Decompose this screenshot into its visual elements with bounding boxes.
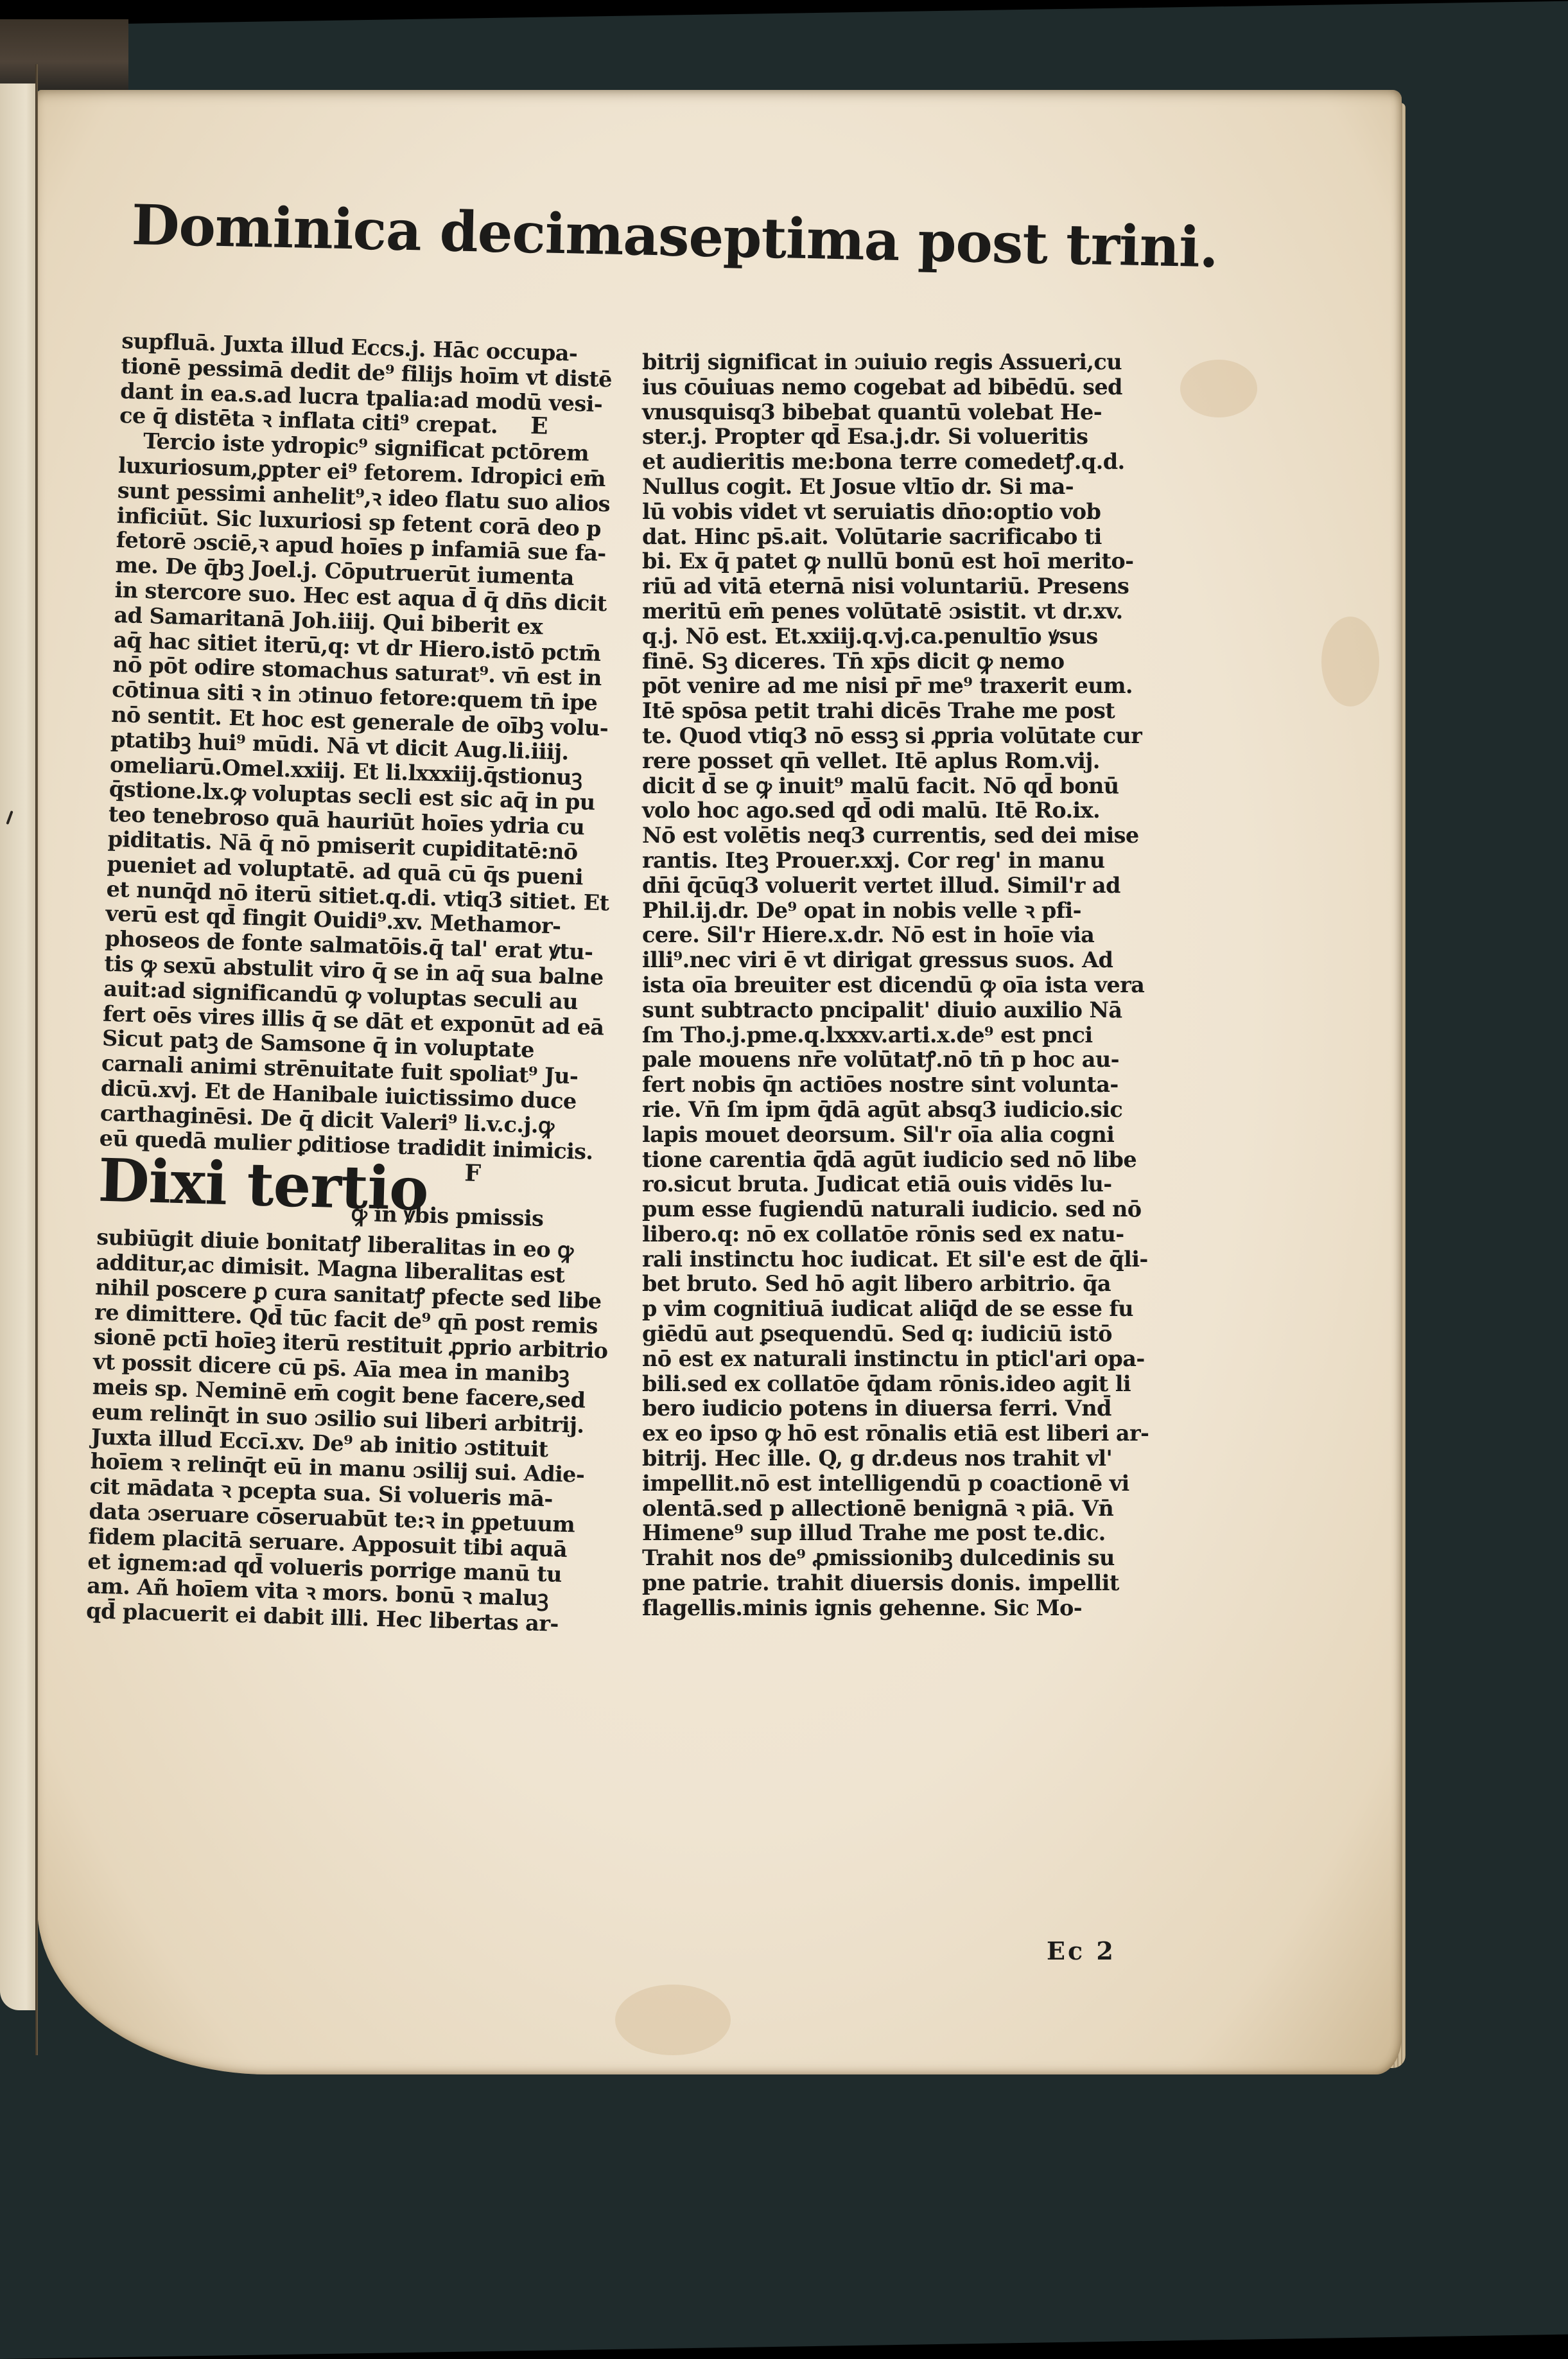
previous-page-edge xyxy=(0,83,37,2010)
binding-shadow xyxy=(0,19,128,90)
section-letter-marker: F xyxy=(464,1161,481,1186)
text-line: dn̄i q̄cūq3 voluerit vertet illud. Simil… xyxy=(642,873,1149,899)
text-line: nō est ex naturali instinctu in pticl'ar… xyxy=(642,1347,1149,1372)
text-line: Trahit nos de⁹ ꝓmissionibꝫ dulcedinis su xyxy=(642,1546,1149,1571)
foxing-stain xyxy=(1321,617,1379,706)
gutter-fold xyxy=(35,64,38,2055)
text-line: illi⁹.nec viri ē vt dirigat gressus suos… xyxy=(642,948,1149,973)
text-line: te. Quod vtiq3 nō essꝫ si ꝓpria volūtate… xyxy=(642,724,1149,749)
text-line: vnusquisq3 bibebat quantū volebat He- xyxy=(642,400,1149,425)
text-line: bet bruto. Sed hō agit libero arbitrio. … xyxy=(642,1272,1149,1297)
section-heading: Dixi tertio F ꝙ in ꝟbis pmissis xyxy=(97,1151,577,1239)
foxing-stain xyxy=(1180,360,1257,417)
text-line: sunt subtracto pncipalit' diuio auxilio … xyxy=(642,998,1149,1023)
text-line: bitrij. Hec ille. Q, g dr.deus nos trahi… xyxy=(642,1446,1149,1471)
left-column: supfluā. Juxta illud Eccs.j. Hāc occupa-… xyxy=(86,329,600,1637)
text-line: rali instinctu hoc iudicat. Et sil'e est… xyxy=(642,1247,1149,1272)
right-column: bitrij significat in ɔuiuio regis Assuer… xyxy=(642,350,1149,1621)
text-line: Nō est volētis neq3 currentis, sed dei m… xyxy=(642,823,1149,848)
text-line: impellit.nō est intelligendū p coactionē… xyxy=(642,1471,1149,1496)
text-line: Himene⁹ sup illud Trahe me post te.dic. xyxy=(642,1521,1149,1546)
text-line: pōt venire ad me nisi pr̄ me⁹ traxerit e… xyxy=(642,674,1149,699)
text-line: bili.sed ex collatōe q̄dam rōnis.ideo ag… xyxy=(642,1372,1149,1397)
text-line: fert nobis q̄n actiōes nostre sint volun… xyxy=(642,1073,1149,1098)
text-line: lū vobis videt vt seruiatis dn̄o:optio v… xyxy=(642,500,1149,525)
text-line: ſm Tho.j.pme.q.lxxxv.arti.x.de⁹ est pnci xyxy=(642,1023,1149,1048)
text-line: ius cōuiuas nemo cogebat ad bibēdū. sed xyxy=(642,375,1149,400)
text-line: giēdū aut ꝑsequendū. Sed q: iudiciū istō xyxy=(642,1322,1149,1347)
text-line: dicit d̄ se ꝙ inuit⁹ malū facit. Nō qd̄ … xyxy=(642,774,1149,799)
text-line: libero.q: nō ex collatōe rōnis sed ex na… xyxy=(642,1222,1149,1247)
text-line: rantis. Iteꝫ Prouer.xxj. Cor reg' in man… xyxy=(642,848,1149,873)
text-line: ista oīa breuiter est dicendū ꝙ oīa ista… xyxy=(642,973,1149,998)
signature-mark: Ec 2 xyxy=(1047,1936,1116,1965)
text-line: volo hoc ago.sed qd̄ odi malū. Itē Ro.ix… xyxy=(642,798,1149,823)
text-line: bitrij significat in ɔuiuio regis Assuer… xyxy=(642,350,1149,375)
text-line: bero iudicio potens in diuersa ferri. Vn… xyxy=(642,1396,1149,1421)
section-heading-continuation: ꝙ in ꝟbis pmissis xyxy=(351,1202,544,1232)
text-line: tione carentia q̄dā agūt iudicio sed nō … xyxy=(642,1148,1149,1173)
text-line: pum esse fugiendū naturali iudicio. sed … xyxy=(642,1197,1149,1222)
text-line: et audieritis me:bona terre comedetꝭ.q.d… xyxy=(642,450,1149,475)
text-line: lapis mouet deorsum. Sil'r oīa alia cogn… xyxy=(642,1123,1149,1148)
text-line: q.j. Nō est. Et.xxiij.q.vj.ca.penultīo ꝟ… xyxy=(642,624,1149,649)
text-line: cere. Sil'r Hiere.x.dr. Nō est in hoīe v… xyxy=(642,923,1149,948)
text-line: rere posset qn̄ vellet. Itē aplus Rom.vi… xyxy=(642,749,1149,774)
text-line: Itē spōsa petit trahi dicēs Trahe me pos… xyxy=(642,699,1149,724)
text-line: Phil.ij.dr. De⁹ opat in nobis velle ꝛ pf… xyxy=(642,899,1149,924)
text-line: finē. Sꝫ diceres. Tn̄ xp̄s dicit ꝙ nemo xyxy=(642,649,1149,674)
text-line: flagellis.minis ignis gehenne. Sic Mo- xyxy=(642,1596,1149,1621)
text-line: p vim cognitiuā iudicat aliq̄d de se ess… xyxy=(642,1297,1149,1322)
text-line: ex eo ipso ꝙ hō est rōnalis etiā est lib… xyxy=(642,1421,1149,1446)
text-line: pale mouens nr̄e volūtatꝭ.nō tn̄ p hoc a… xyxy=(642,1048,1149,1073)
foxing-stain xyxy=(615,1985,731,2055)
text-line: bi. Ex q̄ patet ꝙ nullū bonū est hoī mer… xyxy=(642,549,1149,574)
text-line: ro.sicut bruta. Judicat etiā ouis vidēs … xyxy=(642,1172,1149,1197)
text-line: dat. Hinc ps̄.ait. Volūtarie sacrificabo… xyxy=(642,525,1149,550)
text-line: ster.j. Propter qd̄ Esa.j.dr. Si volueri… xyxy=(642,425,1149,450)
text-line: riū ad vitā eternā nisi voluntariū. Pres… xyxy=(642,574,1149,599)
text-line: Nullus cogit. Et Josue vltīo dr. Si ma- xyxy=(642,475,1149,500)
text-line: meritū em̄ penes volūtatē ɔsistit. vt dr… xyxy=(642,599,1149,624)
text-line: pne patrie. trahit diuersis donis. impel… xyxy=(642,1571,1149,1596)
text-line: rie. Vn̄ ſm ipm q̄dā agūt absq3 iudicio.… xyxy=(642,1098,1149,1123)
section-letter-marker: E xyxy=(530,414,548,439)
text-line: olentā.sed p allectionē benignā ꝛ piā. V… xyxy=(642,1496,1149,1522)
